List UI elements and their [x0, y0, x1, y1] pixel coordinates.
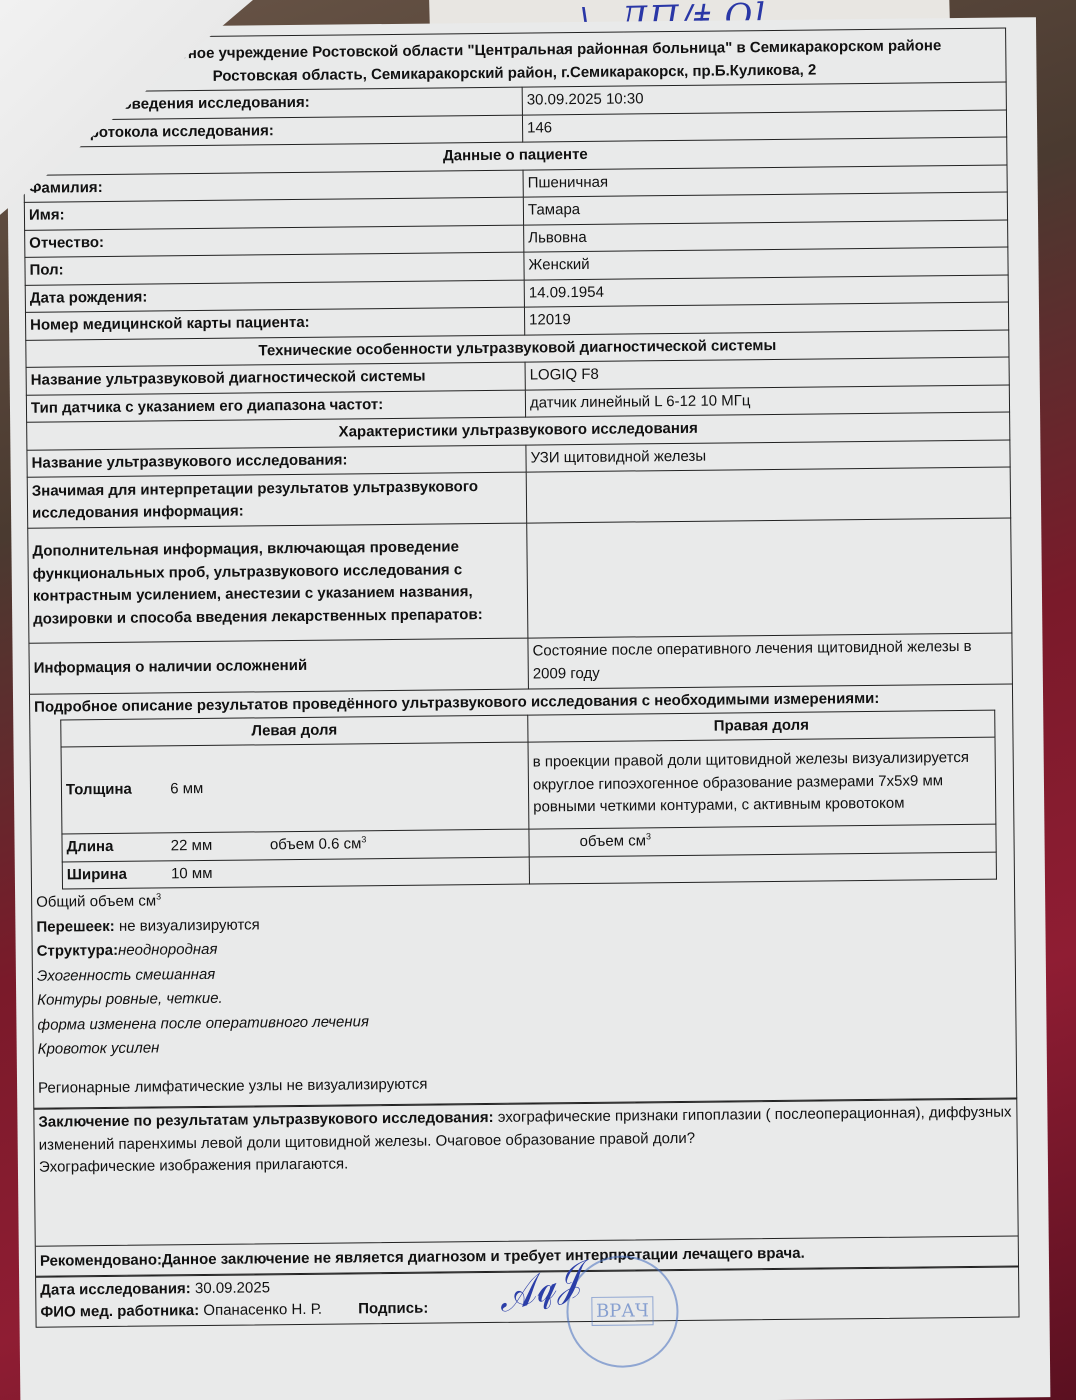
- document-page: ...ное бюджетное учреждение Ростовской о…: [6, 17, 1050, 1400]
- field-value: Состояние после оперативного лечения щит…: [528, 633, 1013, 689]
- lymph-nodes: Регионарные лимфатические узлы не визуал…: [38, 1067, 1012, 1100]
- conclusion-label: Заключение по результатам ультразвуковог…: [38, 1109, 493, 1131]
- field-label: Информация о наличии осложнений: [29, 638, 529, 694]
- signature-label: Подпись:: [358, 1300, 428, 1318]
- name-value: Опанасенко Н. Р.: [199, 1301, 322, 1319]
- field-value: [527, 518, 1012, 638]
- conclusion-section: Заключение по результатам ультразвуковог…: [33, 1098, 1018, 1246]
- field-value: [526, 467, 1011, 523]
- length-label: Длина: [66, 835, 166, 859]
- field-label: Дополнительная информация, включающая пр…: [28, 523, 528, 643]
- thickness-cell: Толщина 6 мм: [61, 742, 529, 834]
- signature-block: Дата исследования: 30.09.2025 ФИО мед. р…: [35, 1266, 1019, 1327]
- field-label: Значимая для интерпретации результатов у…: [27, 472, 527, 528]
- stamp-icon: ВРАЧ: [566, 1255, 679, 1368]
- table-row: Дополнительная информация, включающая пр…: [28, 518, 1012, 643]
- length-value: 22 мм: [171, 834, 266, 857]
- description-block: Общий объем см3 Перешеек: не визуализиру…: [36, 882, 1012, 1100]
- details-section: Подробное описание результатов проведённ…: [29, 684, 1017, 1108]
- protocol-table: ...и время проведения исследования: 30.0…: [23, 82, 1013, 695]
- width-label: Ширина: [67, 863, 167, 887]
- date-value: 30.09.2025: [191, 1279, 270, 1297]
- thickness-value: 6 мм: [170, 777, 265, 800]
- date-label: Дата исследования:: [40, 1280, 191, 1299]
- width-cell: Ширина 10 мм: [62, 857, 529, 889]
- empty-cell: [529, 852, 996, 884]
- lobes-table: Левая доля Правая доля Толщина 6 мм в пр…: [60, 709, 997, 889]
- left-volume: объем 0.6 см3: [270, 835, 367, 853]
- thickness-label: Толщина: [66, 778, 166, 802]
- width-value: 10 мм: [171, 862, 266, 885]
- right-lobe-description: в проекции правой доли щитовидной железы…: [528, 737, 996, 829]
- name-label: ФИО мед. работника:: [40, 1302, 199, 1321]
